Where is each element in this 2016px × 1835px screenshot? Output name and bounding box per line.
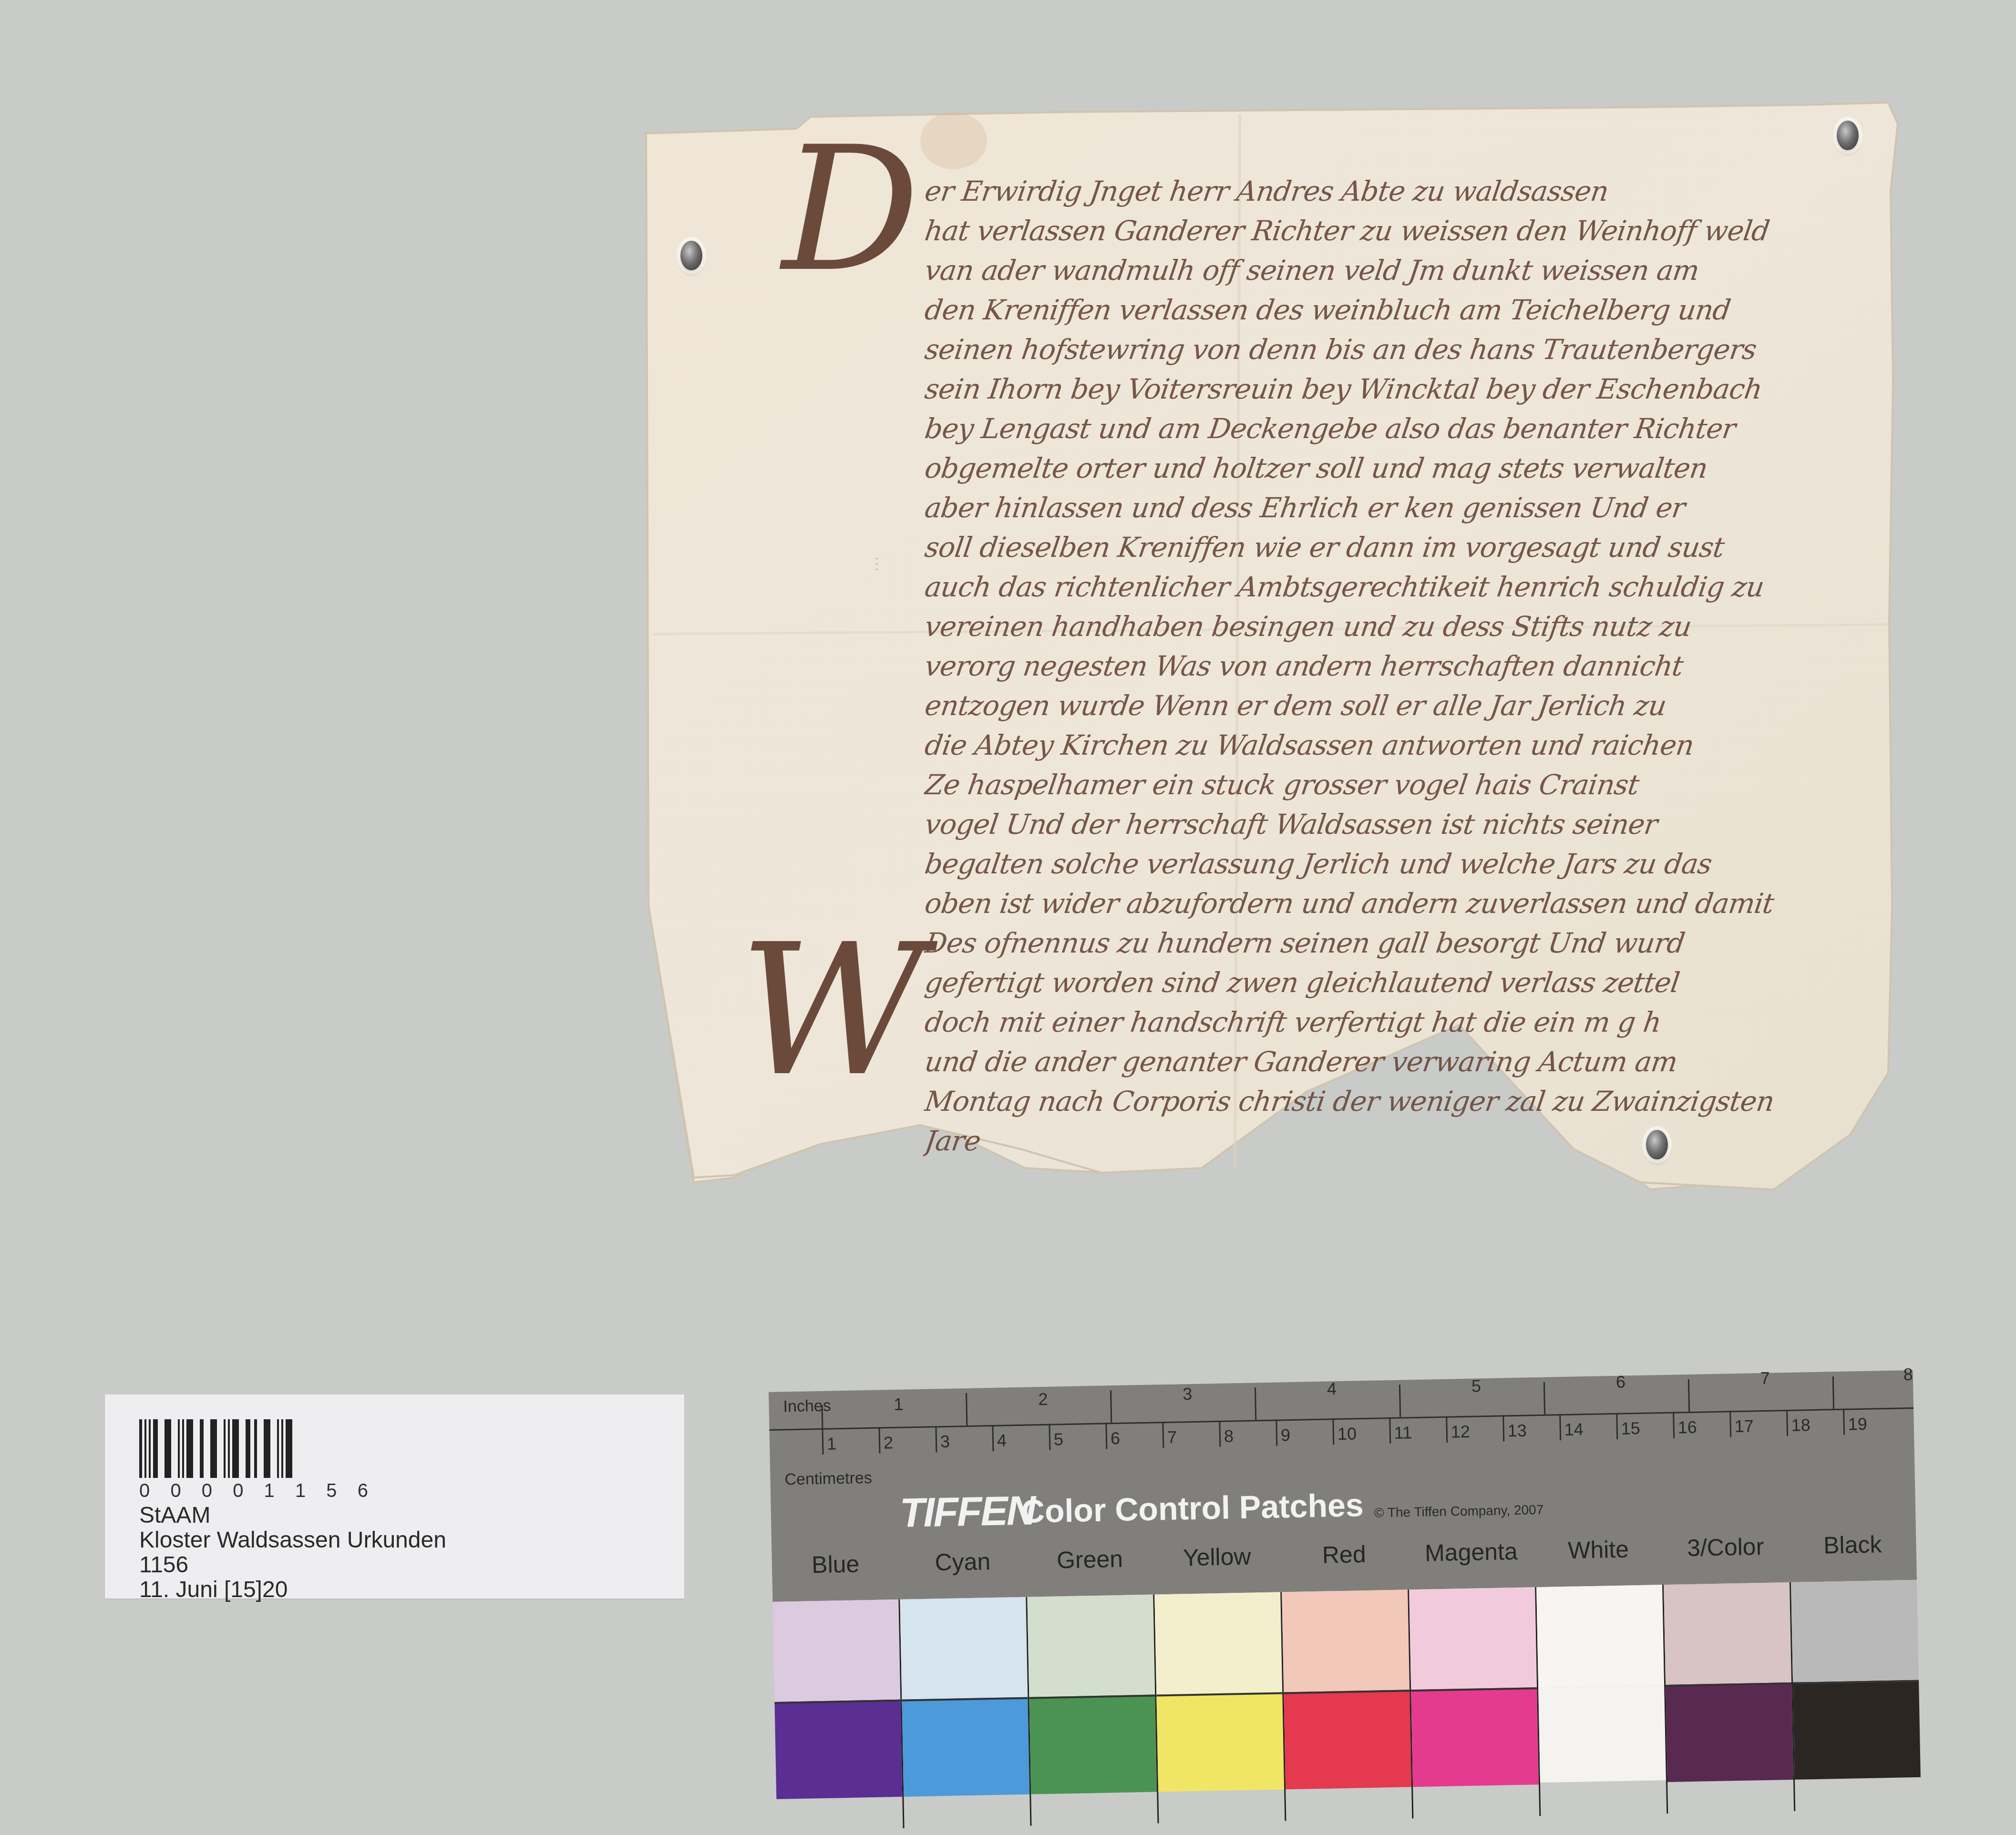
text-line: vereinen handhaben besingen und zu dess … [922, 607, 1882, 646]
text-line: begalten solche verlassung Jerlich und w… [922, 844, 1882, 884]
patch-magenta [1408, 1587, 1539, 1818]
barcode-digit: 0 [170, 1480, 181, 1502]
text-line: hat verlassen Ganderer Richter zu weisse… [922, 211, 1882, 251]
cm-number: 7 [1167, 1427, 1177, 1447]
text-line: Jare [922, 1121, 1882, 1161]
patch-label-yellow: Yellow [1153, 1542, 1281, 1572]
text-line: und die ander genanter Ganderer verwarin… [922, 1042, 1882, 1082]
cm-number: 13 [1507, 1420, 1527, 1441]
patch-white [1535, 1585, 1666, 1816]
cm-number: 17 [1734, 1416, 1754, 1436]
text-line: auch das richtenlicher Ambtsgerechtikeit… [922, 567, 1882, 607]
inch-number: 3 [1183, 1384, 1193, 1404]
text-line: sein Ihorn bey Voitersreuin bey Wincktal… [922, 369, 1882, 409]
card-title: Color Control Patches [1021, 1486, 1364, 1530]
document-date: 11. Juni [15]20 [139, 1578, 446, 1602]
barcode-digit: 0 [202, 1480, 212, 1502]
manuscript-text: er Erwirdig Jnget herr Andres Abte zu wa… [925, 172, 1879, 1161]
cm-number: 19 [1848, 1414, 1867, 1435]
text-line: seinen hofstewring von denn bis an des h… [922, 330, 1882, 369]
patch-3color [1662, 1582, 1794, 1814]
inches-label: Inches [783, 1396, 831, 1416]
patch-black [1790, 1580, 1921, 1811]
rivet-icon [680, 241, 702, 270]
patch-label-white: White [1534, 1535, 1662, 1565]
cm-number: 10 [1337, 1424, 1357, 1444]
text-line: Montag nach Corporis christi der weniger… [922, 1082, 1882, 1121]
patch-blue [772, 1599, 903, 1831]
patch-green [1026, 1595, 1157, 1826]
patch-label-red: Red [1280, 1539, 1408, 1569]
patch-labels: Blue Cyan Green Yellow Red Magenta White… [771, 1530, 1916, 1579]
cm-number: 8 [1224, 1426, 1234, 1446]
text-line: aber hinlassen und dess Ehrlich er ken g… [922, 488, 1882, 528]
color-patches [772, 1580, 1921, 1831]
text-line: gefertigt worden sind zwen gleichlautend… [922, 963, 1882, 1003]
barcode-number: 0 0 0 0 1 1 5 6 [139, 1480, 368, 1502]
patch-label-3color: 3/Color [1662, 1532, 1790, 1562]
patch-yellow [1153, 1592, 1285, 1823]
decorated-initial-w: W [739, 920, 926, 1101]
tiffen-logo: TIFFEN [899, 1487, 1035, 1537]
barcode-digit: 5 [326, 1480, 337, 1502]
barcode [139, 1419, 363, 1478]
patch-label-magenta: Magenta [1408, 1537, 1535, 1567]
patch-label-cyan: Cyan [899, 1547, 1027, 1577]
cm-number: 16 [1677, 1417, 1697, 1438]
cm-number: 6 [1111, 1428, 1121, 1448]
text-line: bey Lengast und am Deckengebe also das b… [922, 409, 1882, 449]
text-line: obgemelte orter und holtzer soll und mag… [922, 449, 1882, 488]
patch-cyan [898, 1597, 1030, 1828]
inch-number: 7 [1760, 1368, 1770, 1388]
inch-number: 2 [1038, 1389, 1048, 1409]
text-line: verorg negesten Was von andern herrschaf… [922, 646, 1882, 686]
text-line: den Kreniffen verlassen des weinbluch am… [922, 290, 1882, 330]
rivet-icon [1837, 121, 1859, 150]
cm-number: 1 [827, 1434, 837, 1454]
ruler-header: Inches Centimetres 1 2 3 4 5 6 7 8 [769, 1370, 1917, 1602]
inch-number: 5 [1471, 1376, 1481, 1396]
barcode-digit: 1 [295, 1480, 306, 1502]
barcode-digit: 0 [233, 1480, 243, 1502]
text-line: Ze haspelhamer ein stuck grosser vogel h… [922, 765, 1882, 805]
text-line: Des ofnennus zu hundern seinen gall beso… [922, 923, 1882, 963]
cm-number: 15 [1621, 1418, 1640, 1439]
archive-label: 0 0 0 0 1 1 5 6 StAAM Kloster Waldsassen… [105, 1394, 684, 1599]
patch-label-green: Green [1026, 1545, 1154, 1575]
text-line: van ader wandmulh off seinen veld Jm dun… [922, 251, 1882, 290]
text-line: die Abtey Kirchen zu Waldsassen antworte… [922, 726, 1882, 765]
collection-name: Kloster Waldsassen Urkunden [139, 1528, 446, 1553]
cm-number: 4 [997, 1430, 1007, 1450]
cm-number: 5 [1054, 1429, 1064, 1449]
patch-label-blue: Blue [771, 1549, 899, 1579]
document-number: 1156 [139, 1553, 446, 1578]
manuscript-document: … D W er Erwirdig Jnget herr Andres Abte… [639, 95, 1903, 1201]
archive-name: StAAM [139, 1503, 446, 1528]
patch-red [1280, 1589, 1412, 1821]
inch-number: 1 [894, 1394, 904, 1415]
decorated-initial-d: D [782, 124, 920, 296]
inch-number: 4 [1327, 1379, 1337, 1399]
cm-number: 18 [1791, 1415, 1810, 1435]
text-line: soll dieselben Kreniffen wie er dann im … [922, 528, 1882, 567]
inch-number: 8 [1903, 1364, 1913, 1384]
text-line: oben ist wider abzufordern und andern zu… [922, 884, 1882, 923]
inch-number: 6 [1616, 1372, 1626, 1392]
text-line: entzogen wurde Wenn er dem soll er alle … [922, 686, 1882, 726]
cm-number: 11 [1394, 1423, 1412, 1443]
rivet-icon [1646, 1130, 1668, 1159]
text-line: vogel Und der herrschaft Waldsassen ist … [922, 805, 1882, 844]
tiffen-color-card: Inches Centimetres 1 2 3 4 5 6 7 8 [769, 1370, 1919, 1732]
cm-number: 14 [1564, 1419, 1584, 1440]
barcode-digit: 0 [139, 1480, 150, 1502]
text-line: er Erwirdig Jnget herr Andres Abte zu wa… [922, 172, 1882, 211]
barcode-digit: 1 [264, 1480, 275, 1502]
centimetres-label: Centimetres [784, 1469, 872, 1489]
cm-number: 12 [1450, 1422, 1470, 1442]
copyright-text: © The Tiffen Company, 2007 [1374, 1502, 1544, 1521]
patch-label-black: Black [1789, 1530, 1916, 1560]
cm-number: 3 [940, 1432, 950, 1452]
cm-number: 2 [884, 1433, 894, 1453]
text-line: doch mit einer handschrift verfertigt ha… [922, 1003, 1882, 1042]
barcode-digit: 6 [358, 1480, 368, 1502]
cm-number: 9 [1281, 1425, 1291, 1445]
